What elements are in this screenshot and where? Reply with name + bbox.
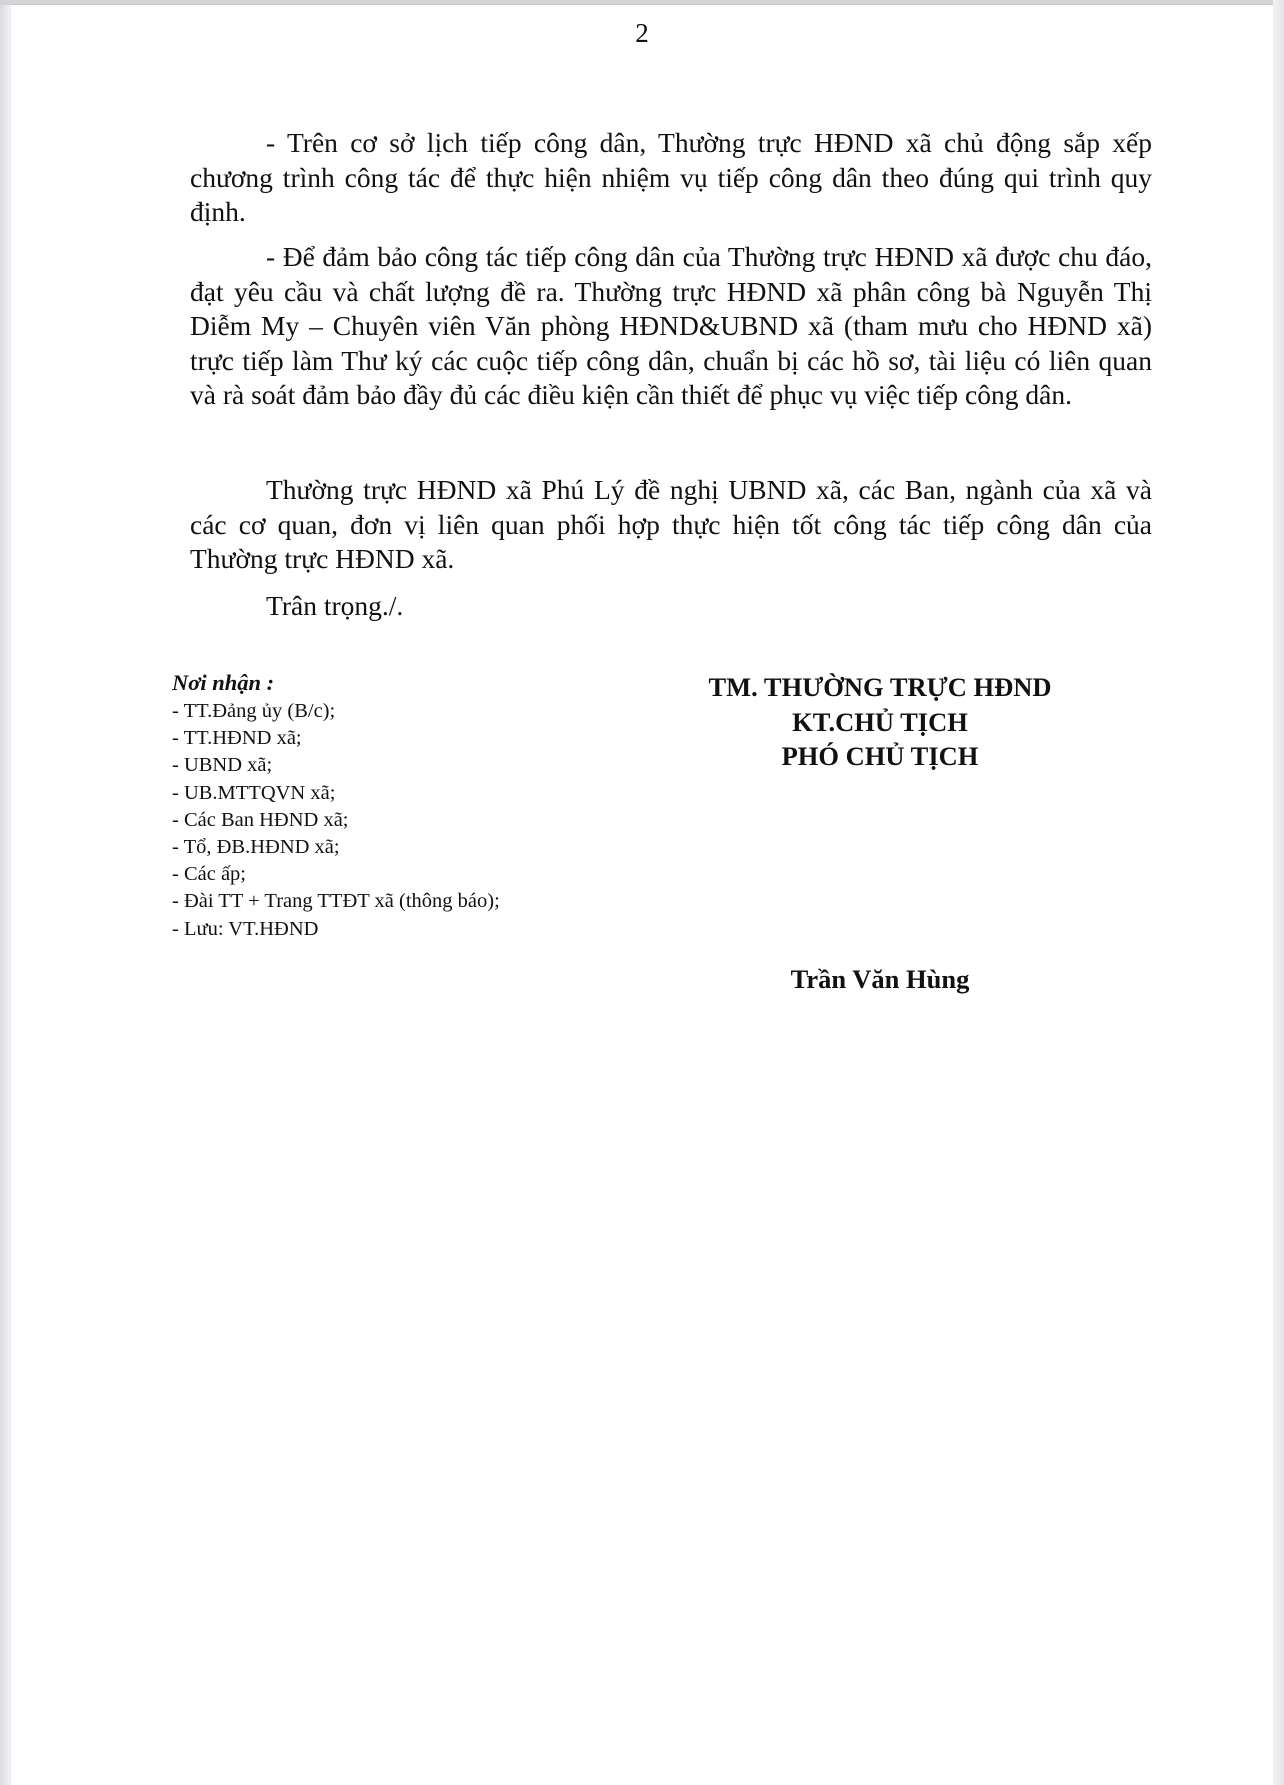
viewer-scrollbar-track[interactable] [1273,0,1284,1785]
recipients-block: Nơi nhận : - TT.Đảng ủy (B/c); - TT.HĐND… [172,668,632,943]
page-number: 2 [0,18,1284,49]
recipient-item: - TT.HĐND xã; [172,725,632,752]
signature-block: TM. THƯỜNG TRỰC HĐND KT.CHỦ TỊCH PHÓ CHỦ… [680,670,1080,774]
paragraph-text: Trân trọng./. [190,589,1152,624]
recipient-item: - UB.MTTQVN xã; [172,780,632,807]
closing-salutation: Trân trọng./. [190,589,1152,624]
recipient-item: - Các ấp; [172,861,632,888]
signature-role-line: KT.CHỦ TỊCH [680,705,1080,740]
signature-title-line: PHÓ CHỦ TỊCH [680,739,1080,774]
paragraph-assignment: - Để đảm bảo công tác tiếp công dân của … [190,240,1152,413]
paragraph-request: Thường trực HĐND xã Phú Lý đề nghị UBND … [190,473,1152,577]
signature-org-line: TM. THƯỜNG TRỰC HĐND [680,670,1080,705]
signer-name: Trần Văn Hùng [680,962,1080,996]
recipients-list: - TT.Đảng ủy (B/c); - TT.HĐND xã; - UBND… [172,698,632,943]
paragraph-text: - Trên cơ sở lịch tiếp công dân, Thường … [190,126,1152,230]
paragraph-text: - Để đảm bảo công tác tiếp công dân của … [190,240,1152,413]
recipient-item: - TT.Đảng ủy (B/c); [172,698,632,725]
paragraph-schedule: - Trên cơ sở lịch tiếp công dân, Thường … [190,126,1152,230]
recipient-item: - Tổ, ĐB.HĐND xã; [172,834,632,861]
paragraph-text: Thường trực HĐND xã Phú Lý đề nghị UBND … [190,473,1152,577]
recipients-title: Nơi nhận : [172,668,632,698]
recipient-item: - UBND xã; [172,752,632,779]
recipient-item: - Lưu: VT.HĐND [172,916,632,943]
recipient-item: - Các Ban HĐND xã; [172,807,632,834]
recipient-item: - Đài TT + Trang TTĐT xã (thông báo); [172,888,632,915]
